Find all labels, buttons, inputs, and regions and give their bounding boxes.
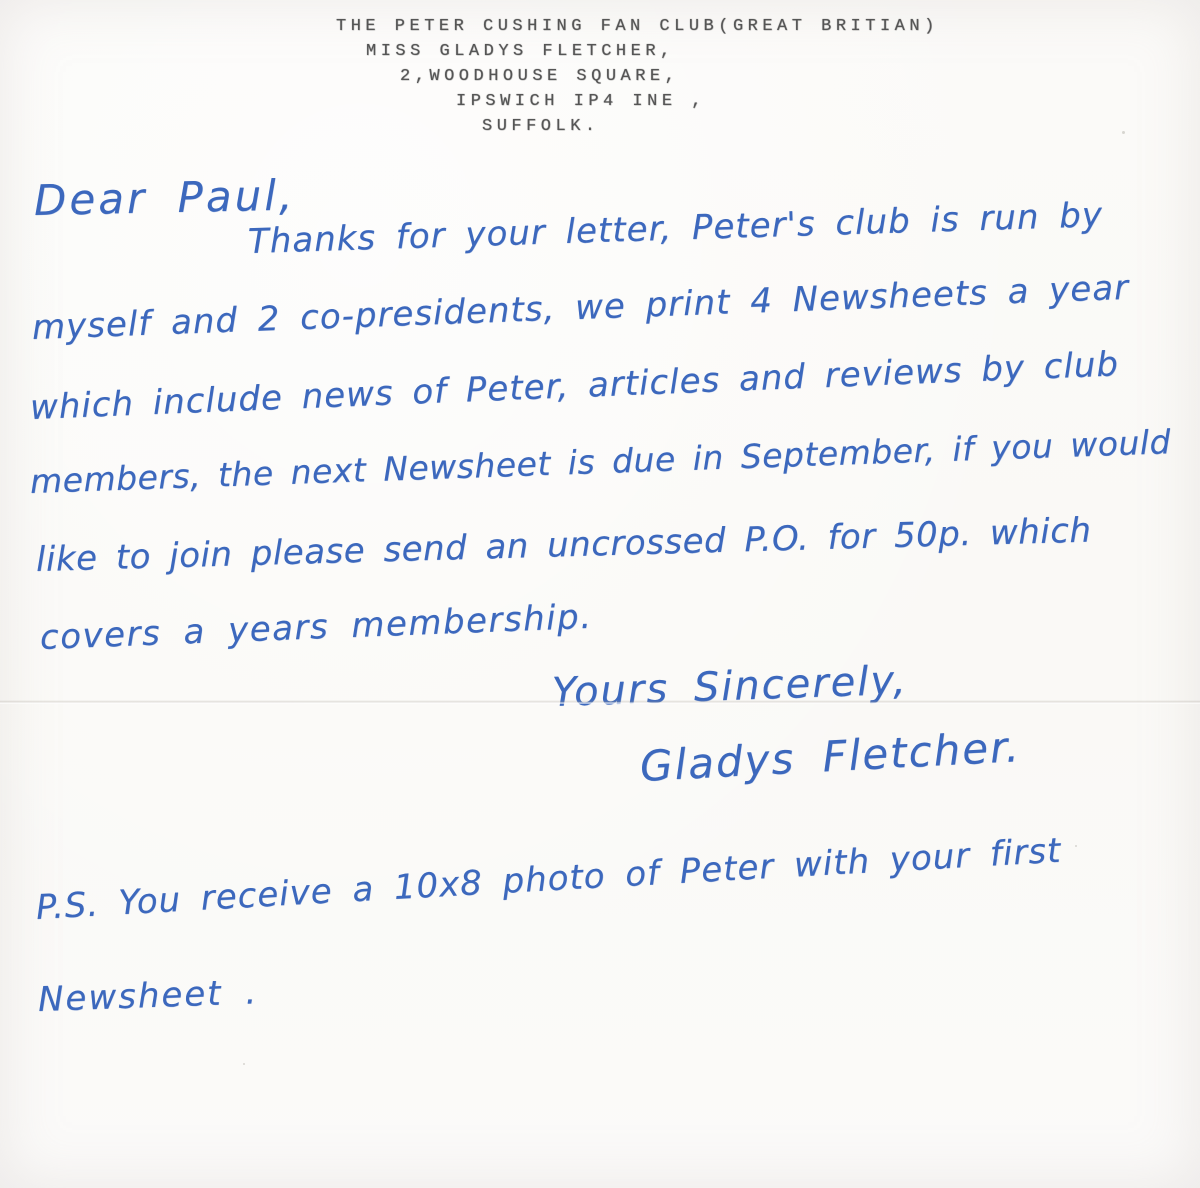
salutation: Dear Paul, bbox=[33, 171, 295, 225]
letterhead-club-name: THE PETER CUSHING FAN CLUB(GREAT BRITIAN… bbox=[336, 14, 939, 39]
body-line-5: like to join please send an uncrossed P.… bbox=[35, 511, 1091, 580]
letterhead-contact-name: MISS GLADYS FLETCHER, bbox=[366, 39, 939, 64]
letterhead-street: 2,WOODHOUSE SQUARE, bbox=[400, 64, 939, 89]
postscript-line-2: Newsheet . bbox=[37, 972, 258, 1020]
letterhead: THE PETER CUSHING FAN CLUB(GREAT BRITIAN… bbox=[336, 14, 939, 139]
paper-speck bbox=[1122, 131, 1125, 134]
letter-page: THE PETER CUSHING FAN CLUB(GREAT BRITIAN… bbox=[0, 0, 1200, 1188]
body-line-3: which include news of Peter, articles an… bbox=[29, 344, 1120, 428]
body-line-4: members, the next Newsheet is due in Sep… bbox=[29, 422, 1171, 501]
paper-speck bbox=[243, 1063, 245, 1065]
letterhead-county: SUFFOLK. bbox=[482, 114, 939, 139]
closing: Yours Sincerely, bbox=[551, 658, 908, 716]
paper-speck bbox=[1075, 845, 1077, 847]
body-line-6: covers a years membership. bbox=[39, 597, 593, 658]
body-line-2: myself and 2 co-presidents, we print 4 N… bbox=[31, 268, 1129, 348]
letterhead-town: IPSWICH IP4 INE , bbox=[456, 89, 939, 114]
postscript-line-1: P.S. You receive a 10x8 photo of Peter w… bbox=[35, 831, 1062, 928]
body-line-1: Thanks for your letter, Peter's club is … bbox=[247, 195, 1103, 262]
signature: Gladys Fletcher. bbox=[639, 722, 1022, 791]
